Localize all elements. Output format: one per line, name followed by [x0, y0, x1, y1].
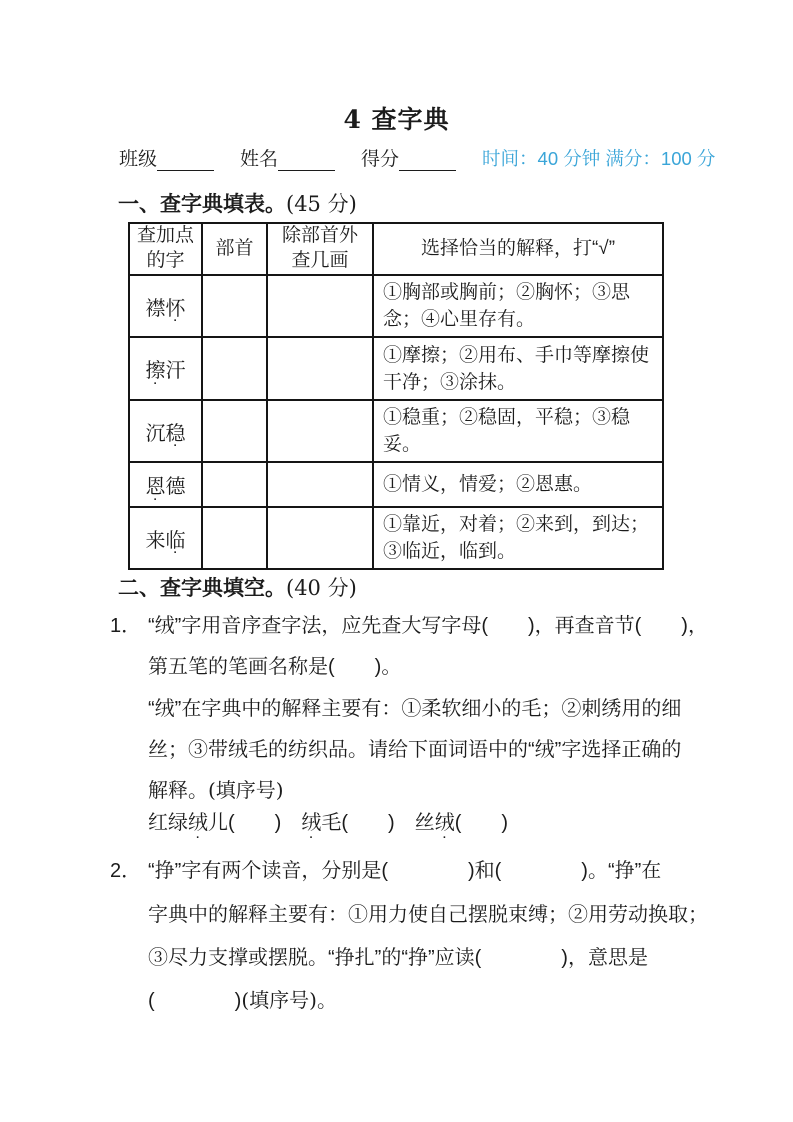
word-cell: 沉稳: [129, 400, 202, 462]
question2-text: “挣”字有两个读音，分别是( )和( )。“挣”在: [148, 860, 661, 882]
question1-line2: 第五笔的笔画名称是( )。: [148, 653, 401, 681]
section1-heading: 一、查字典填表。(45 分): [118, 188, 357, 218]
radical-answer-cell: [202, 275, 267, 337]
question1-text: “绒”字用音序查字法，应先查大写字母( )，再查音节( )，: [148, 615, 708, 637]
table-row: 擦汗 ①摩擦；②用布、手巾等摩擦使干净；③涂抹。: [129, 337, 663, 400]
meaning-cell: ①摩擦；②用布、手巾等摩擦使干净；③涂抹。: [373, 337, 663, 400]
question1-words-line: 红绿绒儿( ) 绒毛( ) 丝绒( ): [148, 809, 508, 837]
name-field: 姓名: [240, 144, 335, 171]
meaning-cell: ①胸部或胸前；②胸怀；③思念；④心里存有。: [373, 275, 663, 337]
question1-para-line1: “绒”在字典中的解释主要有：①柔软细小的毛；②刺绣用的细: [148, 694, 681, 723]
table-row: 恩德 ①情义，情爱；②恩惠。: [129, 462, 663, 507]
header-word-column: 查加点 的字: [129, 223, 202, 275]
radical-answer-cell: [202, 337, 267, 400]
question1-number: 1．: [110, 612, 148, 640]
class-blank-line: [157, 150, 214, 171]
time-score-note: 时间：40 分钟 满分：100 分: [482, 145, 715, 171]
question2-number: 2．: [110, 857, 148, 885]
name-blank-line: [278, 150, 335, 171]
word-cell: 擦汗: [129, 337, 202, 400]
table-row: 来临 ①靠近，对着；②来到，到达；③临近，临到。: [129, 507, 663, 569]
header-radical-column: 部首: [202, 223, 267, 275]
page-title: 4 查字典: [0, 100, 793, 136]
word-cell: 恩德: [129, 462, 202, 507]
info-row: 班级 姓名 得分 时间：40 分钟 满分：100 分: [119, 144, 693, 171]
dictionary-table: 查加点 的字 部首 除部首外 查几画 选择恰当的解释，打“√” 襟怀 ①胸部或胸…: [128, 222, 664, 570]
word-cell: 襟怀: [129, 275, 202, 337]
radical-answer-cell: [202, 507, 267, 569]
question2-line1: 2．“挣”字有两个读音，分别是( )和( )。“挣”在: [110, 857, 661, 885]
meaning-cell: ①情义，情爱；②恩惠。: [373, 462, 663, 507]
radical-answer-cell: [202, 400, 267, 462]
class-field: 班级: [119, 144, 214, 171]
header-strokes-column: 除部首外 查几画: [267, 223, 373, 275]
strokes-answer-cell: [267, 462, 373, 507]
word-cell: 来临: [129, 507, 202, 569]
score-field: 得分: [361, 144, 456, 171]
question2-line2: 字典中的解释主要有：①用力使自己摆脱束缚；②用劳动换取；: [148, 900, 708, 929]
strokes-answer-cell: [267, 337, 373, 400]
worksheet-page: 4 查字典 班级 姓名 得分 时间：40 分钟 满分：100 分 一、查字典填表…: [0, 0, 793, 1122]
question2-line4: ( )(填序号)。: [148, 986, 337, 1015]
meaning-cell: ①靠近，对着；②来到，到达；③临近，临到。: [373, 507, 663, 569]
score-label: 得分: [361, 144, 399, 171]
name-label: 姓名: [240, 144, 278, 171]
section2-heading: 二、查字典填空。(40 分): [118, 572, 357, 602]
score-blank-line: [399, 150, 456, 171]
table-row: 沉稳 ①稳重；②稳固，平稳；③稳妥。: [129, 400, 663, 462]
question2-line3: ③尽力支撑或摆脱。“挣扎”的“挣”应读( )，意思是: [148, 943, 648, 972]
header-meaning-column: 选择恰当的解释，打“√”: [373, 223, 663, 275]
table-row: 襟怀 ①胸部或胸前；②胸怀；③思念；④心里存有。: [129, 275, 663, 337]
question1-para-line3: 解释。(填序号): [148, 776, 284, 805]
radical-answer-cell: [202, 462, 267, 507]
question1-para-line2: 丝；③带绒毛的纺织品。请给下面词语中的“绒”字选择正确的: [148, 735, 681, 764]
strokes-answer-cell: [267, 400, 373, 462]
strokes-answer-cell: [267, 275, 373, 337]
strokes-answer-cell: [267, 507, 373, 569]
table-header-row: 查加点 的字 部首 除部首外 查几画 选择恰当的解释，打“√”: [129, 223, 663, 275]
meaning-cell: ①稳重；②稳固，平稳；③稳妥。: [373, 400, 663, 462]
question1-line1: 1．“绒”字用音序查字法，应先查大写字母( )，再查音节( )，: [110, 612, 708, 640]
class-label: 班级: [119, 144, 157, 171]
